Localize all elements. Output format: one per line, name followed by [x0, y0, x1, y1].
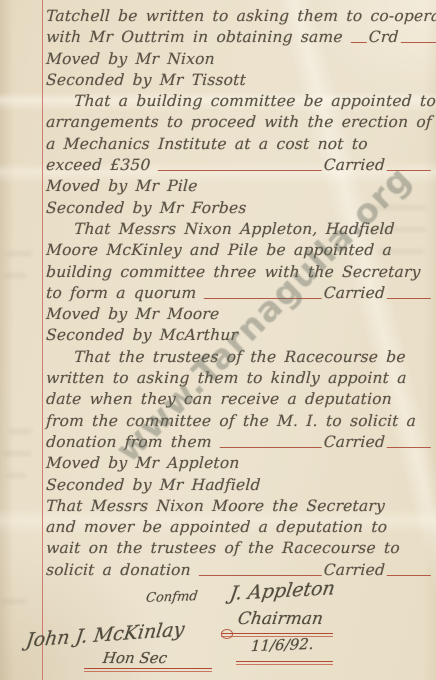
manuscript-line: donation from them Carried [45, 433, 431, 454]
line-text: Moved by Mr Pile [46, 177, 198, 195]
minutes-text: Tatchell be written to asking them to co… [46, 7, 431, 582]
red-carried-rule [350, 42, 366, 43]
line-text: arrangements to proceed with the erectio… [46, 113, 433, 131]
manuscript-line: written to asking them to kindly appoint… [45, 369, 431, 390]
line-text: from the committee of the M. I. to solic… [46, 412, 417, 430]
manuscript-line: exceed £350 Carried [45, 156, 431, 177]
manuscript-line: Seconded by McArthur [45, 326, 431, 347]
bleedthrough-mark [2, 600, 26, 603]
manuscript-line: wait on the trustees of the Racecourse t… [45, 539, 431, 560]
chairman-title: Chairman [237, 609, 325, 629]
manuscript-line: Seconded by Mr Hadfield [45, 476, 431, 497]
line-text: Moore McKinley and Pile be appointed a [46, 241, 393, 259]
carried-label: Carried [321, 561, 387, 579]
secretary-signature: John J. McKinlay [25, 618, 186, 651]
secretary-title: Hon Sec [102, 649, 169, 667]
red-carried-rule-tail [387, 298, 431, 299]
manuscript-line: to form a quorum Carried [45, 284, 431, 305]
bleedthrough-mark [8, 430, 32, 433]
line-text: date when they can receive a deputation [46, 390, 393, 408]
red-carried-rule-tail [387, 575, 431, 576]
bleedthrough-mark [6, 252, 32, 255]
date-underline [236, 661, 333, 665]
manuscript-line: arrangements to proceed with the erectio… [45, 113, 431, 134]
minutes-date: 11/6/92. [250, 635, 314, 655]
manuscript-line: Moved by Mr Nixon [45, 50, 431, 71]
red-carried-rule-tail [400, 42, 436, 43]
manuscript-line: with Mr Outtrim in obtaining same Crd [45, 28, 431, 49]
line-text: to form a quorum [46, 284, 197, 302]
line-text: Moved by Mr Nixon [46, 50, 216, 68]
red-carried-rule [158, 170, 321, 171]
manuscript-line: That the trustees of the Racecourse be [45, 348, 431, 369]
carried-label: Carried [321, 156, 387, 174]
carried-label: Carried [321, 433, 387, 451]
manuscript-line: building committee three with the Secret… [45, 263, 431, 284]
line-text: Seconded by Mr Hadfield [46, 476, 262, 494]
line-text: Moved by Mr Appleton [46, 454, 240, 472]
line-text: building committee three with the Secret… [46, 263, 421, 281]
line-text: Moved by Mr Moore [46, 305, 220, 323]
line-text: That Messrs Nixon Appleton, Hadfield [46, 220, 396, 238]
line-text: written to asking them to kindly appoint… [46, 369, 408, 387]
manuscript-line: date when they can receive a deputation [45, 390, 431, 411]
line-text: Seconded by Mr Forbes [46, 199, 247, 217]
manuscript-line: That Messrs Nixon Moore the Secretary [45, 497, 431, 518]
manuscript-line: Moved by Mr Appleton [45, 454, 431, 475]
bleedthrough-mark [6, 474, 26, 477]
manuscript-line: solicit a donation Carried [45, 561, 431, 582]
manuscript-line: Seconded by Mr Forbes [45, 199, 431, 220]
red-carried-rule [199, 575, 322, 576]
manuscript-line: Seconded by Mr Tissott [45, 71, 431, 92]
line-text: and mover be appointed a deputation to [46, 518, 388, 536]
line-text: That the trustees of the Racecourse be [46, 348, 407, 366]
line-text: donation from them [46, 433, 213, 451]
margin-rule [42, 0, 43, 680]
line-text: solicit a donation [46, 561, 192, 579]
manuscript-line: Moore McKinley and Pile be appointed a [45, 241, 431, 262]
secretary-underline [84, 668, 212, 672]
manuscript-line: Tatchell be written to asking them to co… [45, 7, 431, 28]
manuscript-line: from the committee of the M. I. to solic… [45, 412, 431, 433]
red-carried-rule-tail [387, 447, 431, 448]
line-text: a Mechanics Institute at a cost not to [46, 135, 369, 153]
line-text: Seconded by Mr Tissott [46, 71, 247, 89]
bleedthrough-mark [4, 274, 26, 277]
carried-label: Crd [366, 28, 401, 46]
manuscript-line: a Mechanics Institute at a cost not to [45, 135, 431, 156]
manuscript-line: Moved by Mr Moore [45, 305, 431, 326]
line-text: Tatchell be written to asking them to co… [46, 7, 436, 25]
manuscript-line: Moved by Mr Pile [45, 177, 431, 198]
confirmed-label: Confmd [145, 589, 198, 606]
red-carried-rule [204, 298, 321, 299]
manuscript-line: That a building committee be appointed t… [45, 92, 431, 113]
chairman-signature: J. Appleton [228, 577, 336, 605]
red-carried-rule-tail [387, 170, 431, 171]
bleedthrough-mark [3, 452, 31, 455]
line-text: Seconded by McArthur [46, 326, 239, 344]
line-text: That Messrs Nixon Moore the Secretary [46, 497, 386, 515]
manuscript-page: Tatchell be written to asking them to co… [0, 0, 436, 680]
carried-label: Carried [321, 284, 387, 302]
red-carried-rule [219, 447, 321, 448]
manuscript-line: and mover be appointed a deputation to [45, 518, 431, 539]
manuscript-line: That Messrs Nixon Appleton, Hadfield [45, 220, 431, 241]
line-text: exceed £350 [46, 156, 151, 174]
line-text: wait on the trustees of the Racecourse t… [46, 539, 401, 557]
line-text: with Mr Outtrim in obtaining same [46, 28, 344, 46]
line-text: That a building committee be appointed t… [46, 92, 436, 110]
